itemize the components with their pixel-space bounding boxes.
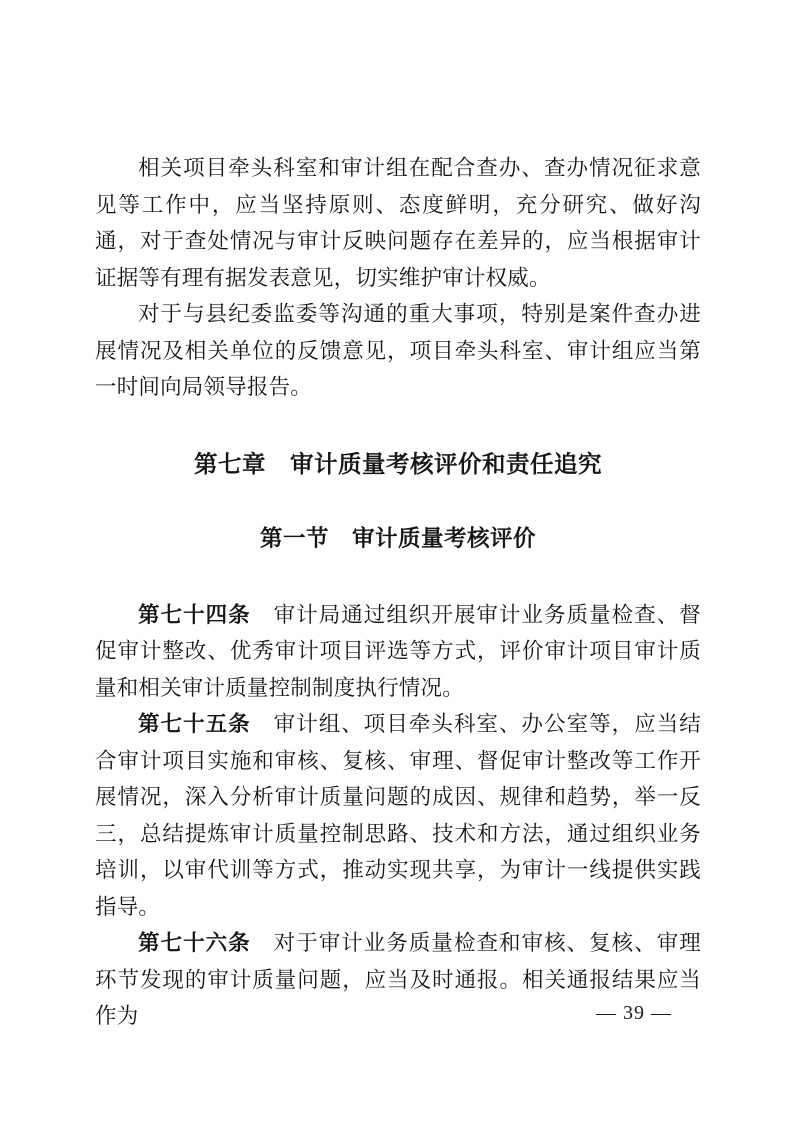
section-heading: 第一节 审计质量考核评价 bbox=[95, 520, 701, 557]
article-75: 第七十五条审计组、项目牵头科室、办公室等，应当结合审计项目实施和审核、复核、审理… bbox=[95, 706, 701, 925]
paragraph-coordination: 相关项目牵头科室和审计组在配合查办、查办情况征求意见等工作中，应当坚持原则、态度… bbox=[95, 150, 701, 296]
article-74-number: 第七十四条 bbox=[138, 603, 251, 627]
article-76-number: 第七十六条 bbox=[138, 931, 251, 955]
document-page: 相关项目牵头科室和审计组在配合查办、查办情况征求意见等工作中，应当坚持原则、态度… bbox=[0, 0, 793, 1122]
chapter-heading: 第七章 审计质量考核评价和责任追究 bbox=[95, 446, 701, 483]
article-75-text: 审计组、项目牵头科室、办公室等，应当结合审计项目实施和审核、复核、审理、督促审计… bbox=[95, 712, 701, 919]
paragraph-reporting: 对于与县纪委监委等沟通的重大事项，特别是案件查办进展情况及相关单位的反馈意见，项… bbox=[95, 296, 701, 406]
article-75-number: 第七十五条 bbox=[138, 712, 251, 736]
document-content: 相关项目牵头科室和审计组在配合查办、查办情况征求意见等工作中，应当坚持原则、态度… bbox=[95, 150, 701, 1035]
page-number: — 39 — bbox=[544, 1000, 724, 1026]
article-74: 第七十四条审计局通过组织开展审计业务质量检查、督促审计整改、优秀审计项目评选等方… bbox=[95, 597, 701, 707]
